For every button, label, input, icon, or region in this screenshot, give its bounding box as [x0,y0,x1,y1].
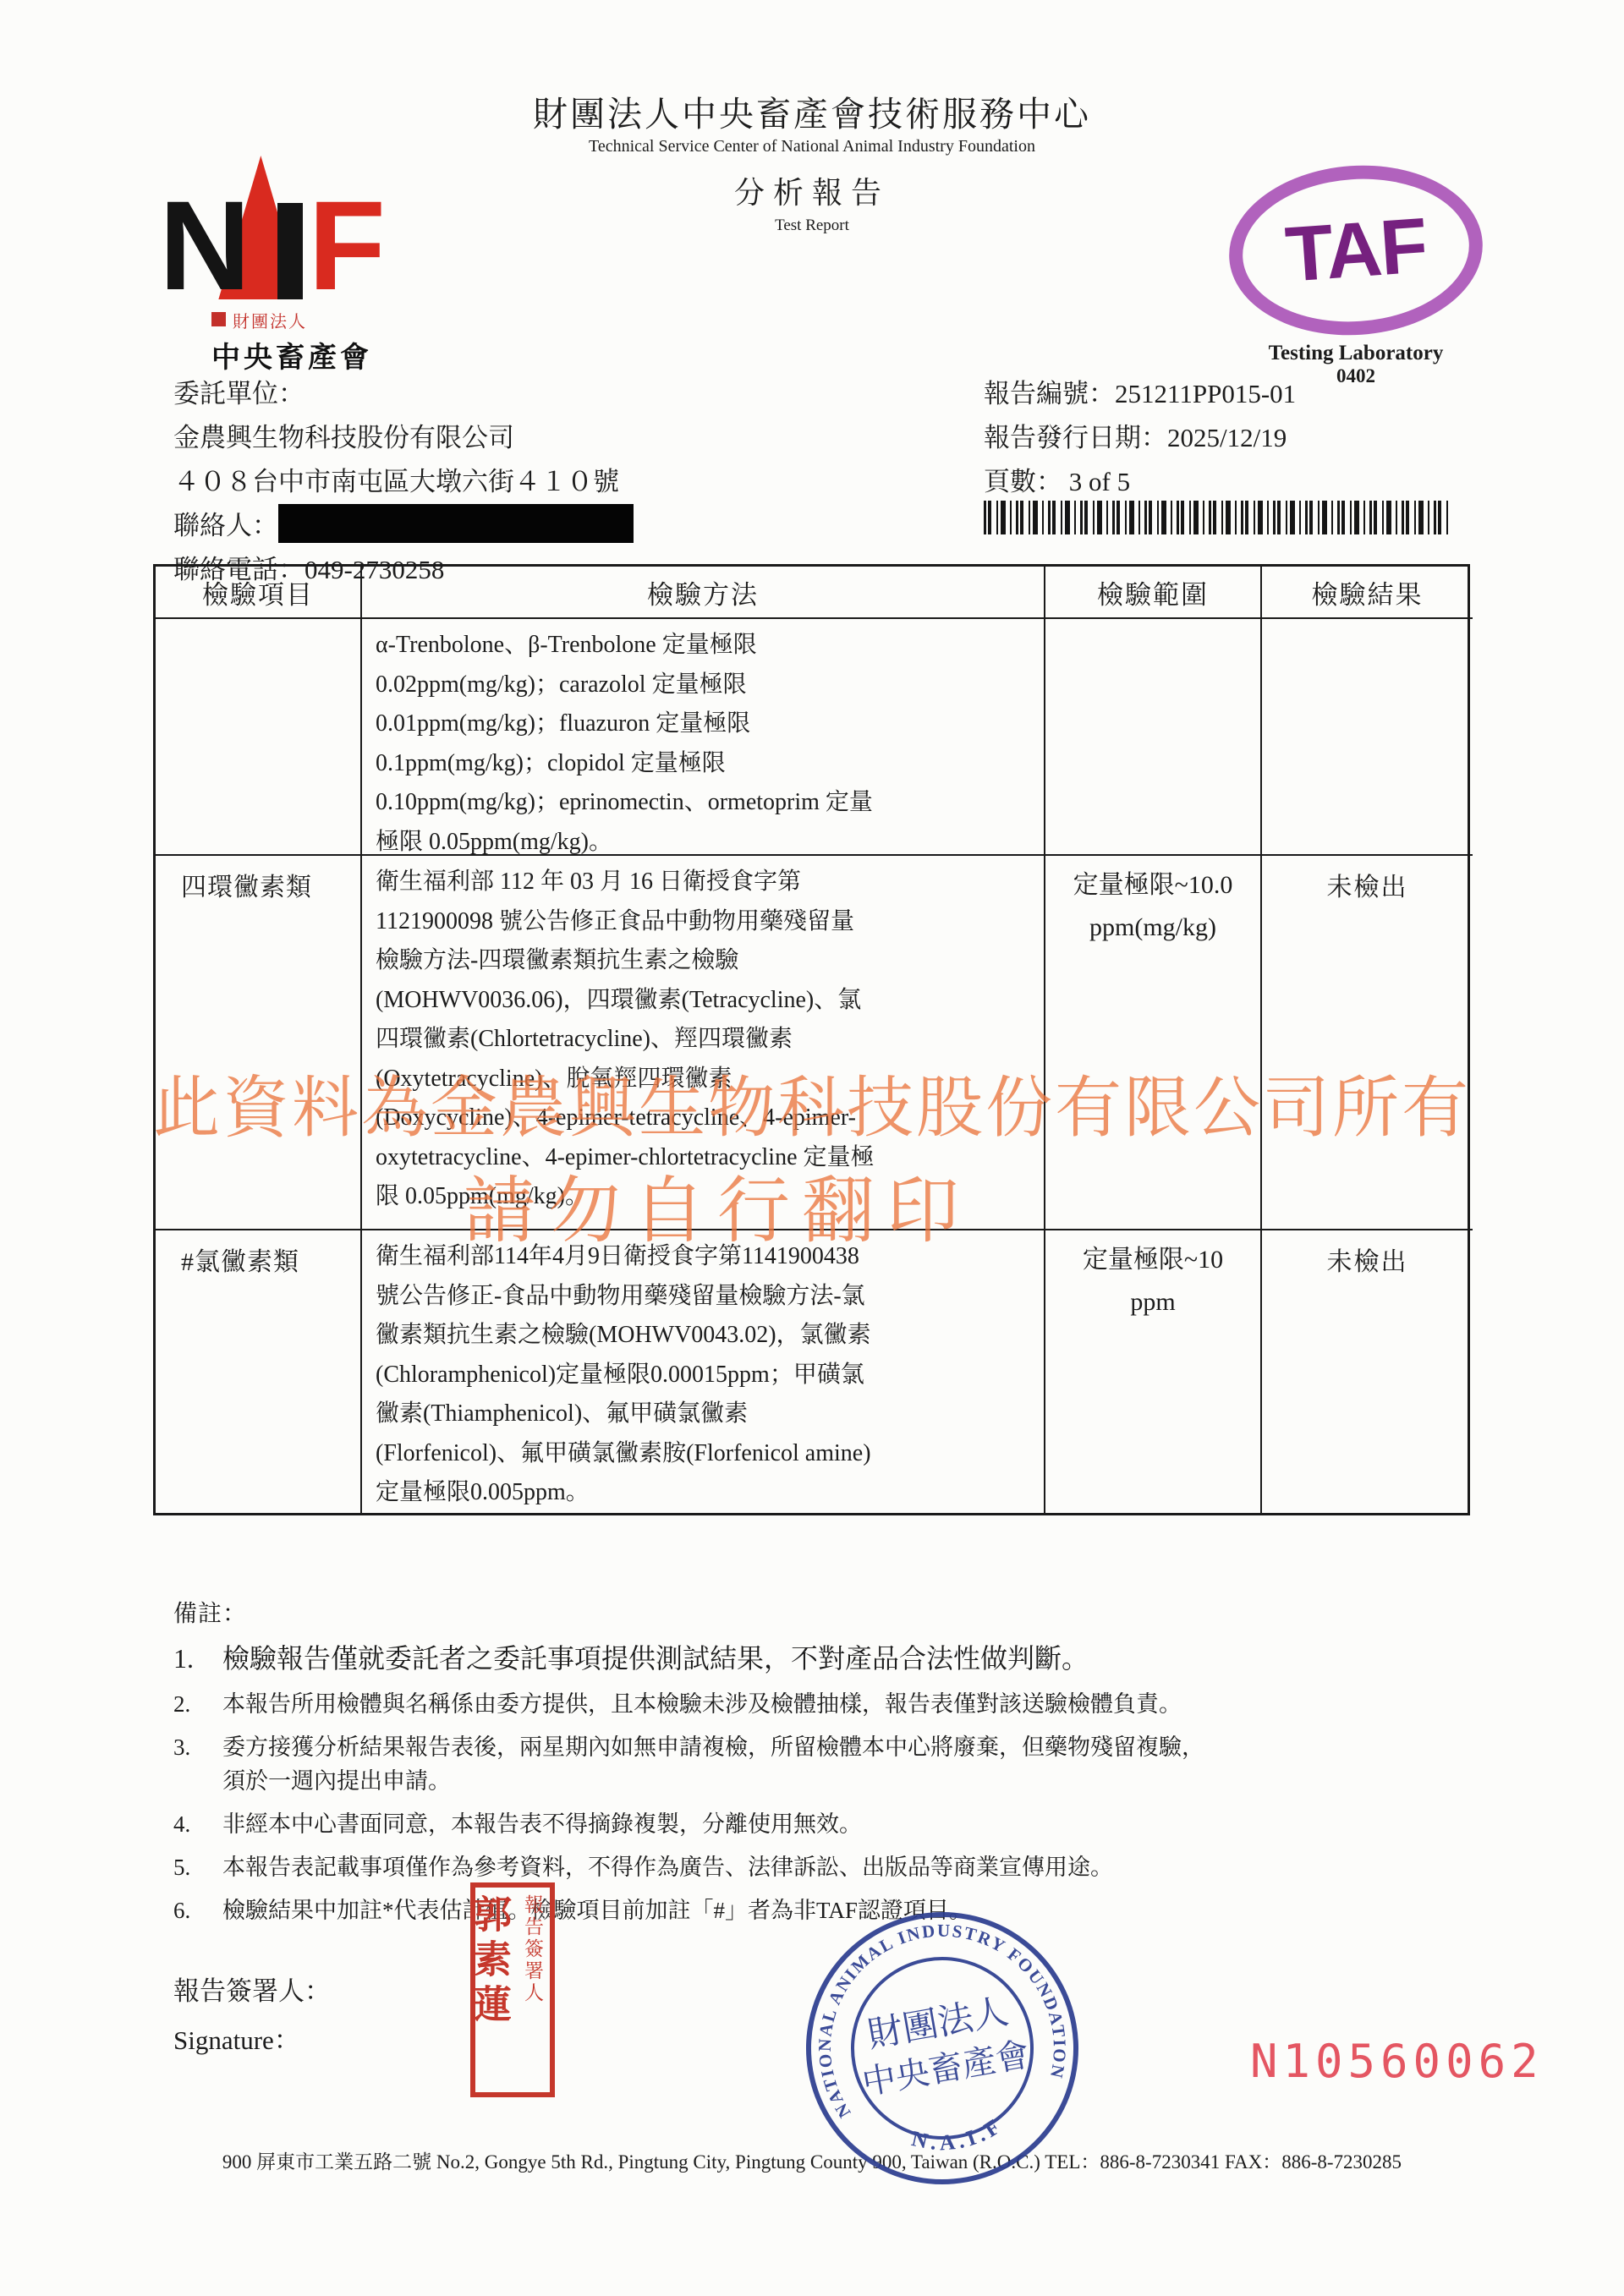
note-item: 5. 本報告表記載事項僅作為參考資料，不得作為廣告、法律訴訟、出版品等商業宣傳用… [173,1850,1501,1884]
table-row-0-item [156,619,362,856]
table-row-2-item: #氯黴素類 [156,1230,362,1513]
table-row-1-range: 定量極限~10.0 ppm(mg/kg) [1045,856,1262,1230]
table-row-0-range [1045,619,1262,856]
report-number-label: 報告編號： [984,379,1115,408]
note-text: 本報告表記載事項僅作為參考資料，不得作為廣告、法律訴訟、出版品等商業宣傳用途。 [222,1850,1113,1884]
naif-caption-line2: 中央畜產會 [211,334,430,375]
note-number: 3. [173,1730,222,1798]
table-row-1-method: 衛生福利部 112 年 03 月 16 日衛授食字第 1121900098 號公… [362,856,1045,1230]
footer-address: 900 屏東市工業五路二號 No.2, Gongye 5th Rd., Ping… [0,2146,1624,2174]
table-header-item: 檢驗項目 [156,567,362,619]
note-number: 1. [173,1639,222,1678]
note-text: 本報告所用檢體與名稱係由委方提供，且本檢驗未涉及檢體抽樣，報告表僅對該送驗檢體負… [222,1687,1182,1721]
table-row-1-item: 四環黴素類 [156,856,362,1230]
table-header-method: 檢驗方法 [362,567,1045,619]
report-date-value: 2025/12/19 [1167,423,1287,452]
note-item: 3. 委方接獲分析結果報告表後，兩星期內如無申請複檢，所留檢體本中心將廢棄，但藥… [173,1730,1501,1798]
report-pages-label: 頁數： [984,467,1062,496]
serial-number: N10560062 [1250,2035,1544,2088]
table-row-2-range: 定量極限~10 ppm [1045,1230,1262,1513]
table-row-1-result: 未檢出 [1262,856,1473,1230]
report-pages-value: 3 of 5 [1069,467,1130,496]
results-table: 檢驗項目 檢驗方法 檢驗範圍 檢驗結果 α-Trenbolone、β-Trenb… [153,564,1470,1515]
report-date-label: 報告發行日期： [984,423,1167,452]
table-row-2-method: 衛生福利部114年4月9日衛授食字第1141900438 號公告修正-食品中動物… [362,1230,1045,1513]
note-number: 6. [173,1893,222,1927]
note-number: 2. [173,1687,222,1721]
naif-letter-f: F [308,192,382,300]
report-date-line: 報告發行日期：2025/12/19 [984,416,1296,460]
report-number-value: 251211PP015-01 [1115,379,1296,408]
svg-text:N.A.I.F: N.A.I.F [905,2110,1010,2162]
foundation-seal-icon: NATIONAL ANIMAL INDUSTRY FOUNDATION N.A.… [777,1883,1106,2212]
report-number-line: 報告編號：251211PP015-01 [984,372,1296,416]
org-subtitle: Technical Service Center of National Ani… [0,137,1624,156]
client-label: 委託單位： [173,372,634,416]
table-row-2-result: 未檢出 [1262,1230,1473,1513]
redaction-box [278,504,634,543]
client-address: ４０８台中市南屯區大墩六街４１０號 [173,460,634,504]
note-text: 委方接獲分析結果報告表後，兩星期內如無申請複檢，所留檢體本中心將廢棄，但藥物殘留… [222,1730,1204,1798]
naif-letter-n: N [159,192,244,300]
signer-seal-title: 報告簽署人 [518,1894,546,2085]
naif-letter-i-bar-icon [277,203,303,299]
taf-label: Testing Laboratory [1216,342,1495,365]
seal-arc-bottom-text: N.A.I.F [905,2110,1010,2162]
note-text: 非經本中心書面同意，本報告表不得摘錄複製，分離使用無效。 [222,1807,862,1841]
signature-block: 報告簽署人： Signature： [173,1967,331,2065]
client-contact-line: 聯絡人： [173,504,634,548]
notes-section: 備註： 1. 檢驗報告僅就委託者之委託事項提供測試結果，不對產品合法性做判斷。 … [173,1595,1501,1937]
note-number: 5. [173,1850,222,1884]
note-text: 檢驗報告僅就委託者之委託事項提供測試結果，不對產品合法性做判斷。 [222,1639,1089,1678]
taf-ring-icon: TAF [1223,157,1488,343]
signer-label-zh: 報告簽署人： [173,1967,331,2016]
client-info: 委託單位： 金農興生物科技股份有限公司 ４０８台中市南屯區大墩六街４１０號 聯絡… [173,372,634,592]
org-title: 財團法人中央畜產會技術服務中心 [0,86,1624,136]
table-row-0-method: α-Trenbolone、β-Trenbolone 定量極限 0.02ppm(m… [362,619,1045,856]
contact-label: 聯絡人： [173,511,278,540]
naif-caption-line1: 財團法人 [233,308,307,332]
note-item: 4. 非經本中心書面同意，本報告表不得摘錄複製，分離使用無效。 [173,1807,1501,1841]
table-header-result: 檢驗結果 [1262,567,1473,619]
taf-letters: TAF [1283,201,1429,299]
table-row-0-result [1262,619,1473,856]
note-item: 2. 本報告所用檢體與名稱係由委方提供，且本檢驗未涉及檢體抽樣，報告表僅對該送驗… [173,1687,1501,1721]
taf-logo: TAF Testing Laboratory 0402 [1216,166,1495,387]
signer-seal-name: 郭素蓮 [462,1894,517,2085]
naif-logo-letters: N F [159,157,430,299]
notes-label: 備註： [173,1595,1501,1629]
naif-logo-caption: 財團法人 中央畜產會 [159,308,430,375]
note-item: 1. 檢驗報告僅就委託者之委託事項提供測試結果，不對產品合法性做判斷。 [173,1639,1501,1678]
report-pages-line: 頁數： 3 of 5 [984,460,1296,504]
report-info: 報告編號：251211PP015-01 報告發行日期：2025/12/19 頁數… [984,372,1296,504]
naif-logo: N F 財團法人 中央畜產會 [159,157,430,375]
signer-label-en: Signature： [173,2016,331,2065]
client-name: 金農興生物科技股份有限公司 [173,416,634,460]
barcode [984,501,1451,534]
table-header-range: 檢驗範圍 [1045,567,1262,619]
test-report-page: 財團法人中央畜產會技術服務中心 Technical Service Center… [0,0,1624,2296]
note-number: 4. [173,1807,222,1841]
foundation-seal-stamp: NATIONAL ANIMAL INDUSTRY FOUNDATION N.A.… [777,1883,1106,2212]
signer-seal-stamp: 報告簽署人 郭素蓮 [470,1882,555,2097]
